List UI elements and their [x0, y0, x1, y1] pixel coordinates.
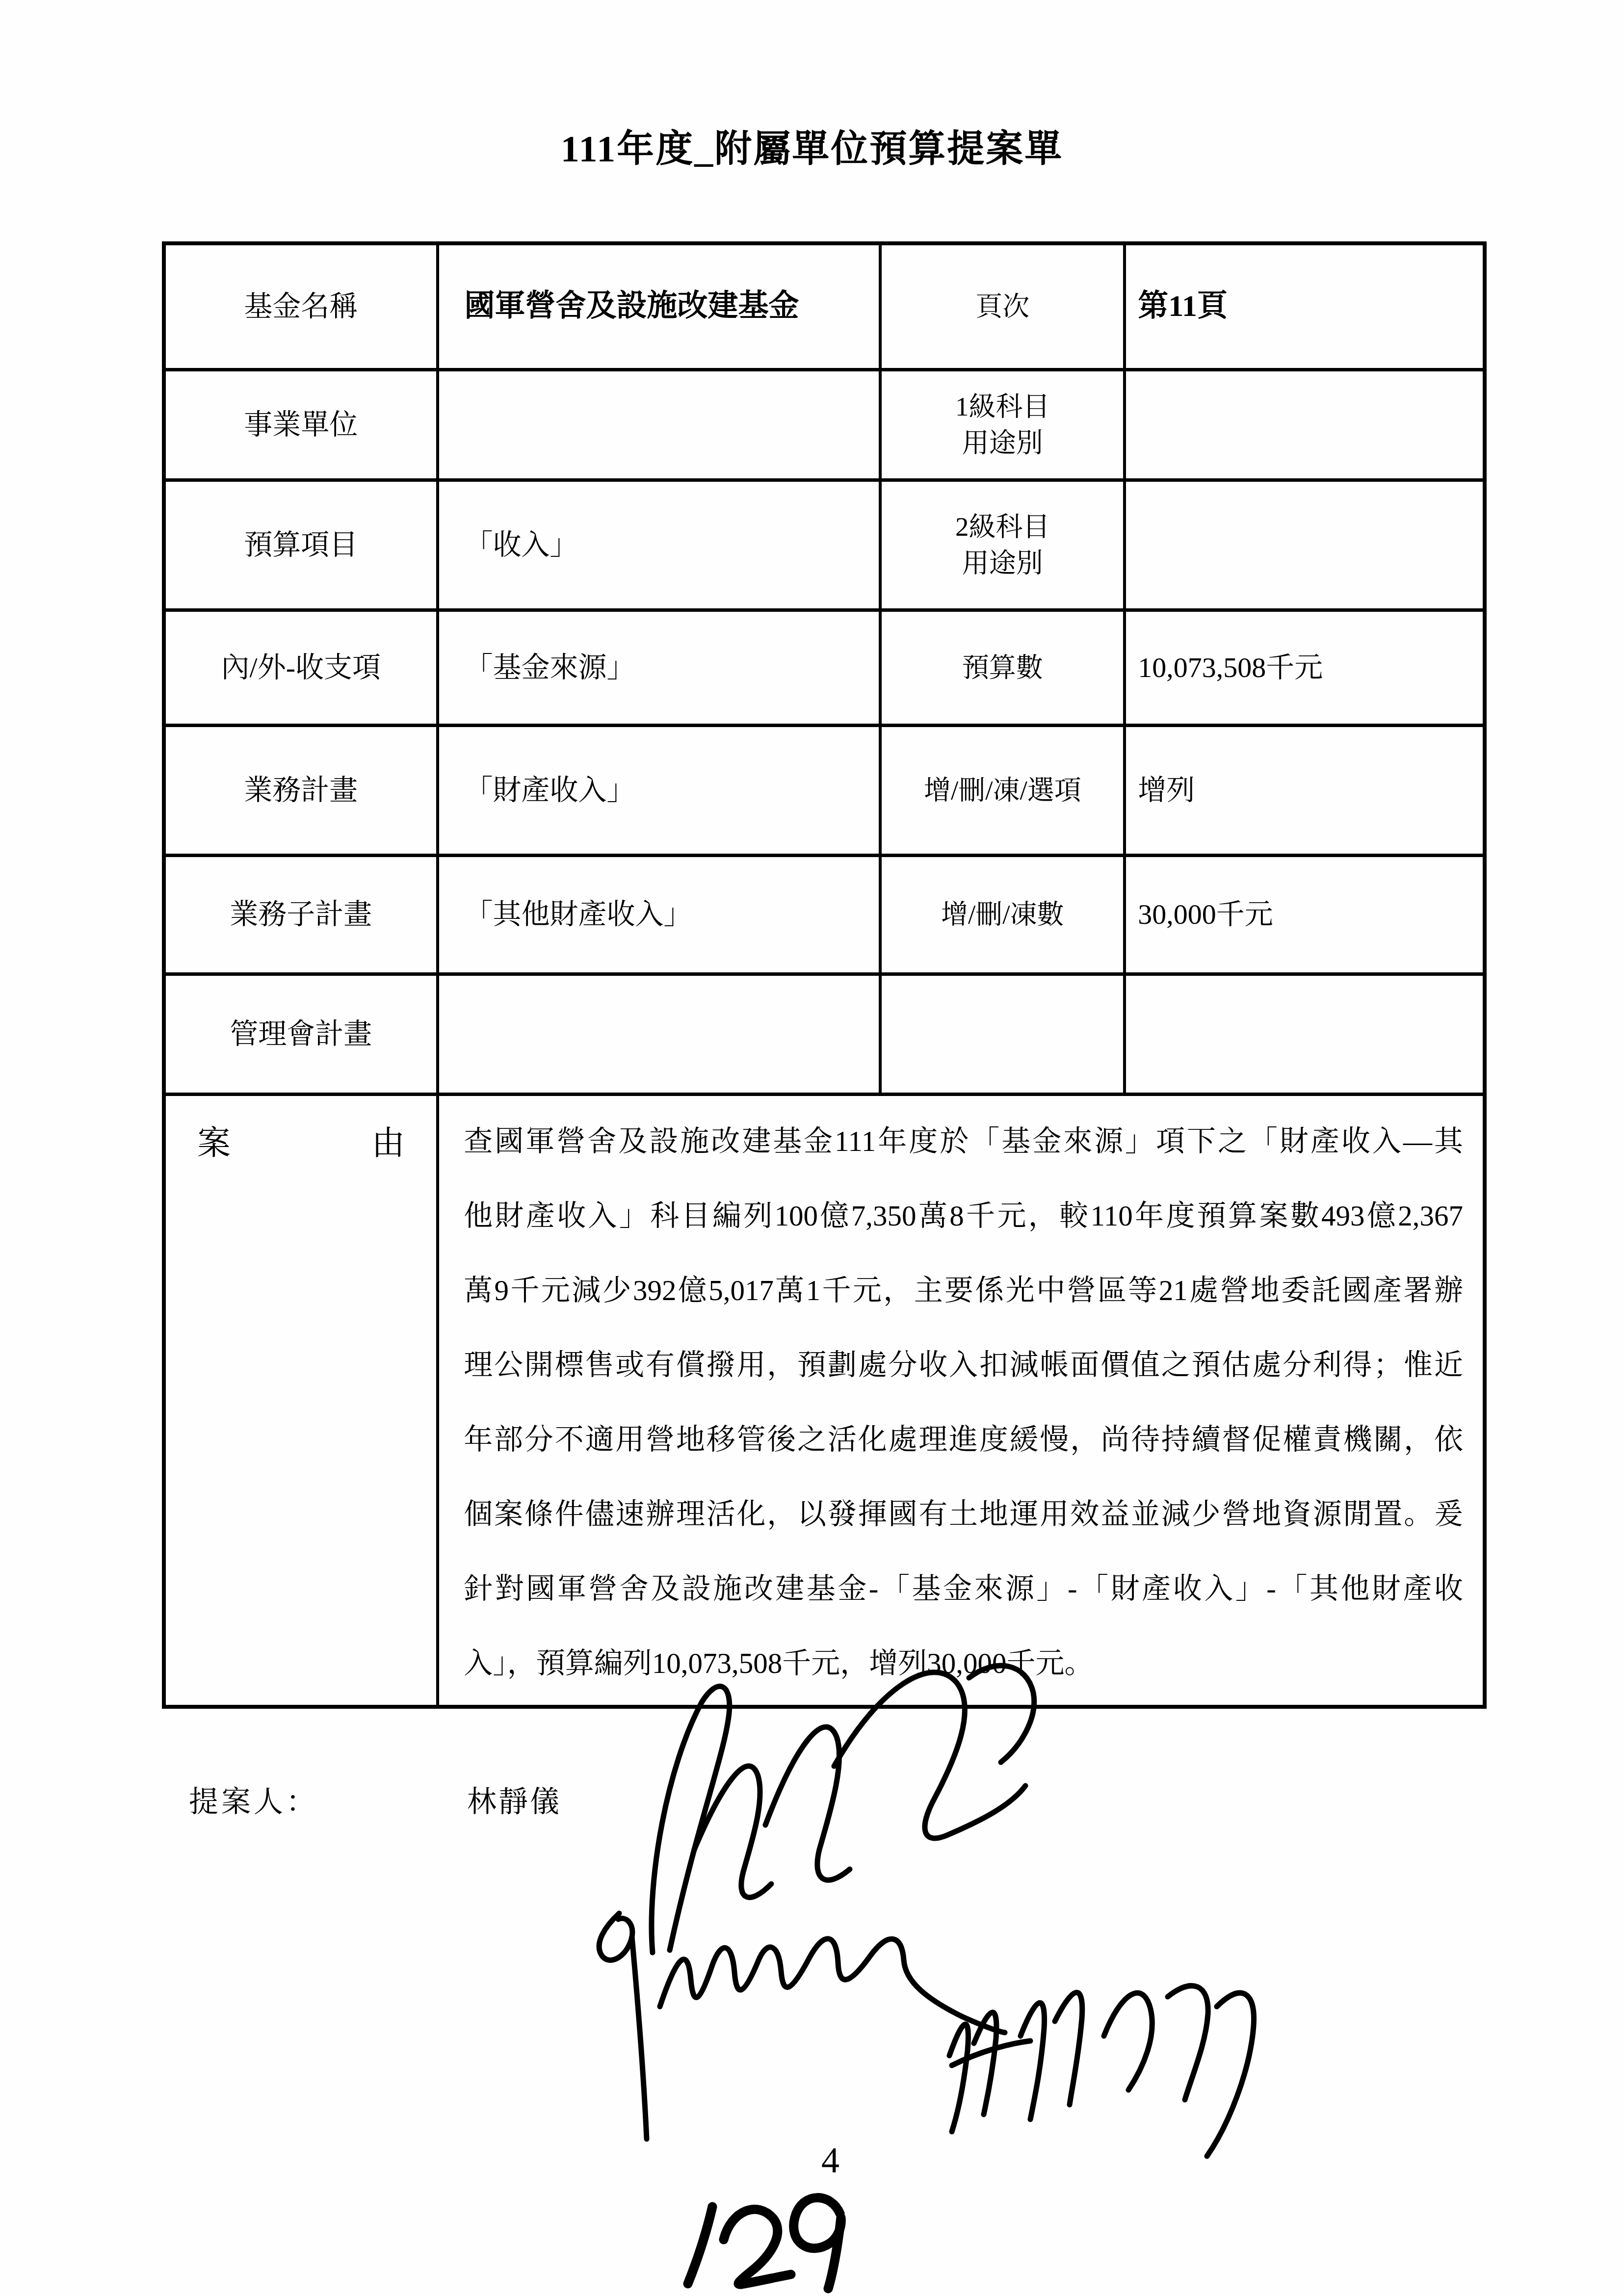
case-line-8: 入」，預算編列10,073,508千元，增列30,000千元。	[464, 1626, 1463, 1700]
action-amount-label: 增/刪/凍數	[879, 857, 1123, 972]
handwritten-page-number	[688, 2198, 841, 2289]
case-line-5: 年部分不適用營地移管後之活化處理進度緩慢，尚待持續督促權責機關，依	[464, 1402, 1463, 1477]
management-plan-value2	[1123, 976, 1483, 1093]
subprogram-label: 業務子計畫	[166, 857, 436, 972]
revenue-item-value: 「基金來源」	[436, 612, 879, 724]
case-line-1: 查國軍營舍及設施改建基金111年度於「基金來源」項下之「財產收入—其	[464, 1104, 1463, 1178]
fund-name-label: 基金名稱	[166, 245, 436, 368]
action-amount-value: 30,000千元	[1123, 857, 1483, 972]
table-row-revenue-item: 內/外-收支項 「基金來源」 預算數 10,073,508千元	[166, 608, 1483, 724]
case-line-2: 他財產收入」科目編列100億7,350萬8千元，較110年度預算案數493億2,…	[464, 1178, 1463, 1253]
case-line-7: 針對國軍營舍及設施改建基金-「基金來源」-「財產收入」-「其他財產收	[464, 1551, 1463, 1626]
table-row-program: 業務計畫 「財產收入」 增/刪/凍/選項 增列	[166, 724, 1483, 854]
fund-name-value: 國軍營舍及設施改建基金	[436, 245, 879, 368]
level1-subject-value	[1123, 371, 1483, 478]
level2-subject-label: 2級科目 用途別	[879, 482, 1123, 608]
program-value: 「財產收入」	[436, 727, 879, 854]
program-label: 業務計畫	[166, 727, 436, 854]
page-index-value: 第11頁	[1123, 245, 1483, 368]
management-plan-label2	[879, 976, 1123, 1093]
management-plan-value	[436, 976, 879, 1093]
case-label: 案 由	[166, 1096, 436, 1705]
subprogram-value: 「其他財產收入」	[436, 857, 879, 972]
budget-item-label: 預算項目	[166, 482, 436, 608]
signature-b	[599, 1913, 1005, 2139]
proposer-name: 林靜儀	[467, 1778, 561, 1821]
level2-subject-value	[1123, 482, 1483, 608]
table-row-fund-name: 基金名稱 國軍營舍及設施改建基金 頁次 第11頁	[166, 245, 1483, 368]
budget-item-value: 「收入」	[436, 482, 879, 608]
business-unit-label: 事業單位	[166, 371, 436, 478]
table-row-business-unit: 事業單位 1級科目 用途別	[166, 368, 1483, 478]
management-plan-label: 管理會計畫	[166, 976, 436, 1093]
case-text: 查國軍營舍及設施改建基金111年度於「基金來源」項下之「財產收入—其 他財產收入…	[436, 1096, 1483, 1705]
table-row-case-description: 案 由 查國軍營舍及設施改建基金111年度於「基金來源」項下之「財產收入—其 他…	[166, 1093, 1483, 1705]
budget-amount-value: 10,073,508千元	[1123, 612, 1483, 724]
page-index-label: 頁次	[879, 245, 1123, 368]
corner-page-number: 4	[821, 2140, 839, 2182]
proposer-label: 提案人：	[189, 1778, 318, 1821]
case-line-4: 理公開標售或有償撥用，預劃處分收入扣減帳面價值之預估處分利得；惟近	[464, 1328, 1463, 1402]
budget-amount-label: 預算數	[879, 612, 1123, 724]
revenue-item-label: 內/外-收支項	[166, 612, 436, 724]
case-line-6: 個案條件儘速辦理活化，以發揮國有土地運用效益並減少營地資源閒置。爰	[464, 1477, 1463, 1551]
level1-subject-label: 1級科目 用途別	[879, 371, 1123, 478]
budget-proposal-table: 基金名稱 國軍營舍及設施改建基金 頁次 第11頁 事業單位 1級科目 用途別 預…	[162, 241, 1487, 1709]
action-option-label: 增/刪/凍/選項	[879, 727, 1123, 854]
table-row-budget-item: 預算項目 「收入」 2級科目 用途別	[166, 478, 1483, 608]
table-row-subprogram: 業務子計畫 「其他財產收入」 增/刪/凍數 30,000千元	[166, 854, 1483, 972]
signature-c	[949, 1986, 1254, 2156]
page-title: 111年度_附屬單位預算提案單	[0, 119, 1624, 172]
business-unit-value	[436, 371, 879, 478]
table-row-management-plan: 管理會計畫	[166, 972, 1483, 1093]
scanned-budget-proposal-page: 111年度_附屬單位預算提案單 基金名稱 國軍營舍及設施改建基金 頁次 第11頁…	[0, 0, 1624, 2296]
action-option-value: 增列	[1123, 727, 1483, 854]
case-line-3: 萬9千元減少392億5,017萬1千元，主要係光中營區等21處營地委託國產署辦	[464, 1253, 1463, 1328]
